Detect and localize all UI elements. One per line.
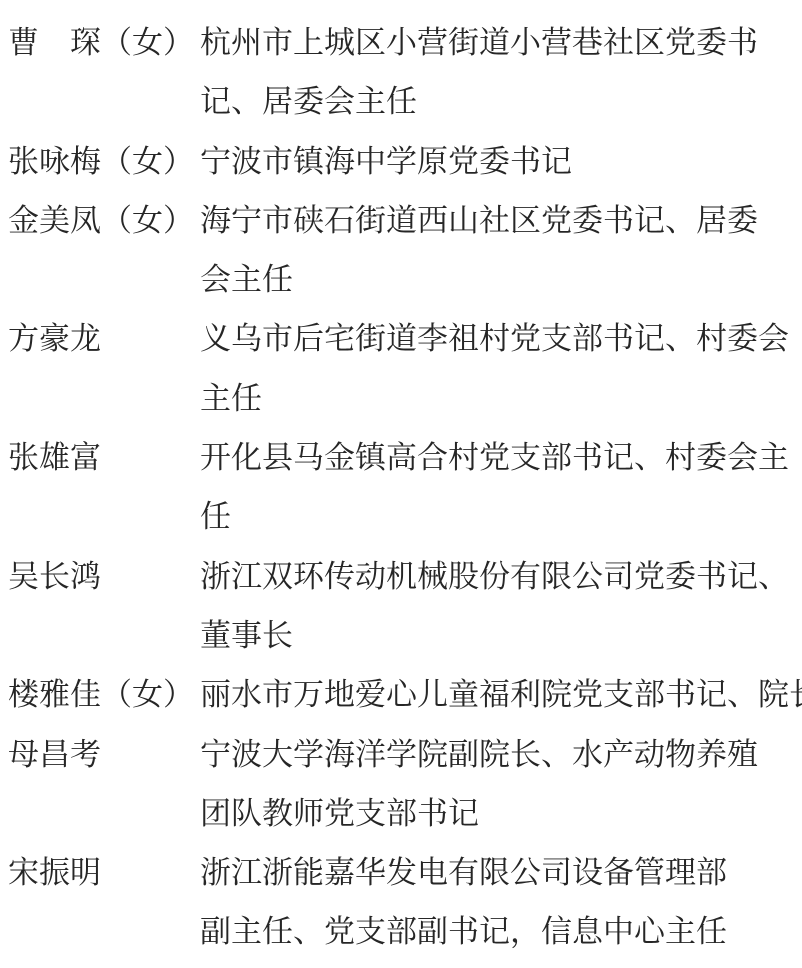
person-name: 张咏梅 <box>8 144 101 179</box>
person-position: 浙江浙能嘉华发电有限公司设备管理部 副主任、党支部副书记，信息中心主任 <box>200 843 798 962</box>
person-name: 张雄富 <box>8 440 101 475</box>
position-line: 记、居委会主任 <box>200 72 798 131</box>
roster-row: 吴长鸿 浙江双环传动机械股份有限公司党委书记、 董事长 <box>8 547 798 666</box>
person-position: 杭州市上城区小营街道小营巷社区党委书 记、居委会主任 <box>200 13 798 132</box>
person-position: 宁波市镇海中学原党委书记 <box>200 132 798 191</box>
roster-row: 张雄富 开化县马金镇高合村党支部书记、村委会主 任 <box>8 428 798 547</box>
person-name-cell: 曹 琛（女） <box>8 13 200 72</box>
document-page: 曹 琛（女） 杭州市上城区小营街道小营巷社区党委书 记、居委会主任 张咏梅（女）… <box>0 0 802 968</box>
position-line: 主任 <box>200 369 798 428</box>
person-name-cell: 母昌考 <box>8 725 200 784</box>
gender-note: （女） <box>101 25 194 60</box>
roster: 曹 琛（女） 杭州市上城区小营街道小营巷社区党委书 记、居委会主任 张咏梅（女）… <box>8 13 798 962</box>
position-line: 董事长 <box>200 606 798 665</box>
person-name-cell: 吴长鸿 <box>8 547 200 606</box>
roster-row: 方豪龙 义乌市后宅街道李祖村党支部书记、村委会 主任 <box>8 309 798 428</box>
position-line: 海宁市硖石街道西山社区党委书记、居委 <box>200 191 798 250</box>
person-name-cell: 张咏梅（女） <box>8 132 200 191</box>
position-line: 开化县马金镇高合村党支部书记、村委会主 <box>200 428 798 487</box>
gender-note: （女） <box>101 203 194 238</box>
roster-row: 楼雅佳（女） 丽水市万地爱心儿童福利院党支部书记、院长 <box>8 665 798 724</box>
person-name: 吴长鸿 <box>8 559 101 594</box>
person-position: 海宁市硖石街道西山社区党委书记、居委 会主任 <box>200 191 798 310</box>
position-line: 团队教师党支部书记 <box>200 784 798 843</box>
person-position: 宁波大学海洋学院副院长、水产动物养殖 团队教师党支部书记 <box>200 725 798 844</box>
person-name-cell: 张雄富 <box>8 428 200 487</box>
position-line: 宁波市镇海中学原党委书记 <box>200 132 798 191</box>
position-line: 任 <box>200 487 798 546</box>
person-name: 母昌考 <box>8 737 101 772</box>
position-line: 宁波大学海洋学院副院长、水产动物养殖 <box>200 725 798 784</box>
person-position: 浙江双环传动机械股份有限公司党委书记、 董事长 <box>200 547 798 666</box>
roster-row: 曹 琛（女） 杭州市上城区小营街道小营巷社区党委书 记、居委会主任 <box>8 13 798 132</box>
person-position: 开化县马金镇高合村党支部书记、村委会主 任 <box>200 428 798 547</box>
person-name-cell: 宋振明 <box>8 843 200 902</box>
gender-note: （女） <box>101 677 194 712</box>
roster-row: 母昌考 宁波大学海洋学院副院长、水产动物养殖 团队教师党支部书记 <box>8 725 798 844</box>
person-position: 丽水市万地爱心儿童福利院党支部书记、院长 <box>200 665 798 724</box>
person-name: 曹 琛 <box>8 25 101 60</box>
position-line: 义乌市后宅街道李祖村党支部书记、村委会 <box>200 309 798 368</box>
gender-note: （女） <box>101 144 194 179</box>
position-line: 副主任、党支部副书记，信息中心主任 <box>200 902 798 961</box>
person-name: 方豪龙 <box>8 321 101 356</box>
person-name: 金美凤 <box>8 203 101 238</box>
person-name-cell: 金美凤（女） <box>8 191 200 250</box>
position-line: 杭州市上城区小营街道小营巷社区党委书 <box>200 13 798 72</box>
position-line: 浙江双环传动机械股份有限公司党委书记、 <box>200 547 798 606</box>
person-name-cell: 方豪龙 <box>8 309 200 368</box>
person-position: 义乌市后宅街道李祖村党支部书记、村委会 主任 <box>200 309 798 428</box>
position-line: 丽水市万地爱心儿童福利院党支部书记、院长 <box>200 665 798 724</box>
position-line: 浙江浙能嘉华发电有限公司设备管理部 <box>200 843 798 902</box>
roster-row: 张咏梅（女） 宁波市镇海中学原党委书记 <box>8 132 798 191</box>
person-name: 楼雅佳 <box>8 677 101 712</box>
person-name: 宋振明 <box>8 855 101 890</box>
roster-row: 宋振明 浙江浙能嘉华发电有限公司设备管理部 副主任、党支部副书记，信息中心主任 <box>8 843 798 962</box>
roster-row: 金美凤（女） 海宁市硖石街道西山社区党委书记、居委 会主任 <box>8 191 798 310</box>
person-name-cell: 楼雅佳（女） <box>8 665 200 724</box>
position-line: 会主任 <box>200 250 798 309</box>
